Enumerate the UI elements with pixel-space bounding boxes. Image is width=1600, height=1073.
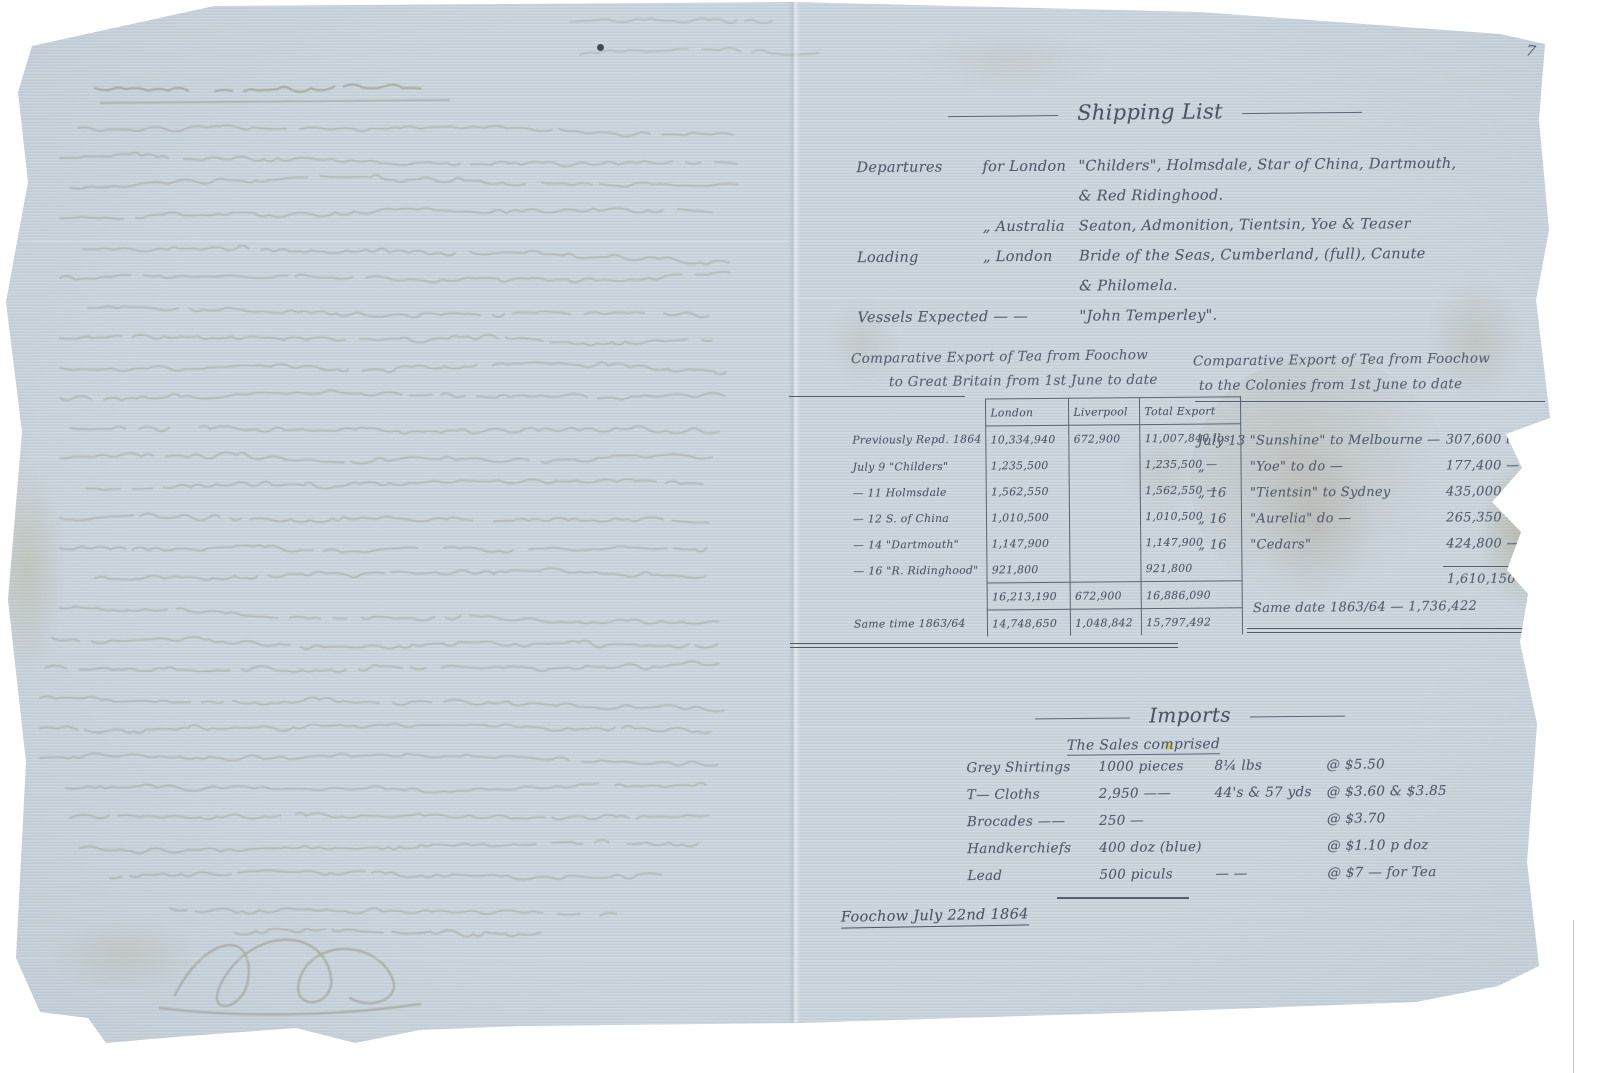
vessel-line: & Philomela. — [857, 276, 1457, 310]
list-item: „ 16"Aurelia" do —265,350 — — [1198, 510, 1526, 538]
page-title-row: Shipping List — [935, 98, 1375, 127]
destination: „ London — [983, 249, 1079, 266]
movement-label — [857, 231, 983, 232]
vessel-names: Seaton, Admonition, Tientsin, Yoe & Teas… — [1079, 216, 1411, 234]
heading-rule — [789, 396, 965, 397]
page-title: Shipping List — [1065, 99, 1235, 125]
import-item: Grey Shirtings — [966, 759, 1098, 776]
sum-rule — [1443, 566, 1555, 567]
destination: „ Australia — [983, 219, 1079, 236]
vessel-names: & Red Ridinghood. — [1079, 188, 1224, 205]
title-dash-right — [1242, 112, 1362, 114]
row-label: Same time 1863/64 — [850, 610, 988, 638]
col-london: London — [986, 398, 1069, 426]
colonies-prior-year: Same date 1863/64 — 1,736,422 — [1253, 599, 1477, 616]
liverpool-value — [1070, 529, 1141, 556]
quantity: 307,600 lbs — [1446, 432, 1526, 447]
import-quantity: 1000 pieces — [1098, 758, 1214, 775]
import-row: Lead500 piculs— —@ $7 — for Tea — [967, 864, 1447, 895]
import-item: Brocades —— — [967, 813, 1099, 830]
scan-artifact-line — [1573, 920, 1574, 1073]
import-quantity: 2,950 —— — [1099, 785, 1215, 802]
shipping-list-page: Shipping List Departuresfor London"Child… — [795, 0, 1565, 1073]
import-price: @ $3.60 & $3.85 — [1327, 783, 1447, 800]
liverpool-value — [1069, 451, 1140, 478]
vessel-destination: "Cedars" — [1250, 537, 1446, 553]
import-quantity: 400 doz (blue) — [1099, 839, 1215, 856]
liverpool-value — [1070, 555, 1141, 582]
destination — [983, 291, 1079, 292]
imports-title-row: Imports — [985, 701, 1395, 729]
import-row: T— Cloths2,950 ——44's & 57 yds@ $3.60 & … — [967, 783, 1447, 814]
gb-export-heading-2: to Great Britain from 1st June to date — [889, 372, 1158, 390]
row-label: — 11 Holmsdale — [849, 479, 987, 506]
row-label: July 9 "Childers" — [848, 453, 986, 480]
table-prior-year-row: Same time 1863/64 14,748,650 1,048,842 1… — [850, 608, 1243, 638]
bleedthrough-handwriting — [0, 0, 790, 1073]
table-row: — 12 S. of China 1,010,500 1,010,500 — [849, 502, 1242, 531]
destination: for London — [982, 159, 1078, 176]
movement-label — [857, 291, 983, 292]
liverpool-value: 672,900 — [1069, 425, 1140, 452]
imports-dash-right — [1250, 716, 1345, 718]
list-item: „"Yoe" to do —177,400 — — [1198, 458, 1526, 486]
title-dash-left — [948, 115, 1058, 117]
liverpool-value — [1070, 503, 1141, 530]
colonies-total: 1,610,150 — — [1447, 572, 1534, 587]
quantity: 435,000 — — [1446, 484, 1520, 499]
ink-fleck — [1532, 996, 1540, 1000]
london-value: 1,010,500 — [987, 504, 1070, 531]
import-row: Grey Shirtings1000 pieces8¼ lbs@ $5.50 — [966, 756, 1446, 787]
letter-sheet: 7 Shipping List Departuresfor London"Chi… — [0, 0, 1600, 1073]
vessel-destination: "Sunshine" to Melbourne — — [1250, 433, 1446, 449]
entry-date: „ 16 — [1198, 538, 1250, 553]
table-row: — 16 "R. Ridinghood" 921,800 921,800 — [849, 554, 1242, 584]
import-price: @ $1.10 p doz — [1327, 837, 1429, 854]
import-price: @ $7 — for Tea — [1327, 864, 1436, 881]
movement-label: Loading — [857, 249, 983, 266]
ink-spot — [597, 44, 604, 51]
import-price: @ $3.70 — [1327, 810, 1386, 827]
imports-rule — [1057, 897, 1189, 899]
entry-date: „ — [1198, 460, 1250, 475]
row-label: — 12 S. of China — [849, 505, 987, 532]
list-item: „ 16"Tientsin" to Sydney435,000 — — [1198, 484, 1526, 512]
col-liverpool: Liverpool — [1069, 398, 1140, 426]
movement-label: Vessels Expected — — — [857, 309, 983, 326]
colonies-export-heading-2: to the Colonies from 1st June to date — [1199, 376, 1463, 394]
import-item: Handkerchiefs — [967, 840, 1099, 857]
table-bottom-rule — [790, 643, 1178, 648]
import-spec: 8¼ lbs — [1214, 757, 1326, 774]
vessel-movements: Departuresfor London"Childers", Holmsdal… — [856, 156, 1457, 340]
entry-date: „ 16 — [1198, 486, 1250, 501]
import-price: @ $5.50 — [1326, 756, 1385, 773]
table-header-row: London Liverpool Total Export — [848, 397, 1241, 427]
list-item: July 13"Sunshine" to Melbourne —307,600 … — [1198, 432, 1526, 460]
imports-list: Grey Shirtings1000 pieces8¼ lbs@ $5.50 T… — [966, 756, 1447, 895]
import-spec: — — — [1215, 865, 1327, 882]
table-row: July 9 "Childers" 1,235,500 1,235,500 — — [848, 450, 1241, 479]
vessel-names: "John Temperley". — [1079, 308, 1217, 325]
row-label: Previously Repd. 1864 — [848, 426, 986, 454]
ink-fleck — [1514, 991, 1523, 997]
list-item: „ 16"Cedars"424,800 — — [1198, 536, 1526, 564]
entry-date: „ 16 — [1198, 512, 1250, 527]
heading-rule — [1195, 401, 1545, 402]
quantity: 177,400 — — [1446, 458, 1520, 473]
dateline: Foochow July 22nd 1864 — [841, 906, 1029, 928]
vessel-names: "Childers", Holmsdale, Star of China, Da… — [1078, 156, 1456, 175]
import-item: Lead — [967, 867, 1099, 884]
imports-heading: Imports — [1137, 703, 1243, 728]
tea-export-table: London Liverpool Total Export Previously… — [848, 396, 1243, 637]
liverpool-value — [1070, 477, 1141, 504]
london-prior: 14,748,650 — [988, 609, 1071, 636]
import-spec: 44's & 57 yds — [1215, 784, 1327, 801]
london-total: 16,213,190 — [987, 582, 1070, 610]
table-row: — 11 Holmsdale 1,562,550 1,562,550 — — [849, 476, 1242, 505]
quantity: 265,350 — — [1446, 510, 1520, 525]
import-quantity: 250 — — [1099, 812, 1215, 829]
row-label — [850, 583, 988, 611]
vessel-line: „ AustraliaSeaton, Admonition, Tientsin,… — [857, 216, 1457, 250]
table-row: — 14 "Dartmouth" 1,147,900 1,147,900 — [849, 528, 1242, 557]
gb-export-heading-1: Comparative Export of Tea from Foochow — [851, 347, 1148, 367]
horizontal-crease — [20, 241, 790, 244]
import-item: T— Cloths — [967, 786, 1099, 803]
colonies-export-heading-1: Comparative Export of Tea from Foochow — [1193, 350, 1490, 369]
destination — [983, 201, 1079, 202]
row-label: — 14 "Dartmouth" — [849, 531, 987, 558]
import-quantity: 500 piculs — [1099, 866, 1215, 883]
london-value: 1,147,900 — [987, 530, 1070, 557]
quantity: 424,800 — — [1446, 536, 1520, 551]
table-row: Previously Repd. 1864 10,334,940 672,900… — [848, 424, 1241, 454]
london-value: 10,334,940 — [986, 425, 1069, 452]
export-prior: 15,797,492 — [1142, 608, 1243, 635]
liverpool-total: 672,900 — [1070, 582, 1141, 610]
vessel-line: Departuresfor London"Childers", Holmsdal… — [856, 156, 1456, 190]
vessel-destination: "Yoe" to do — — [1250, 459, 1446, 475]
london-value: 921,800 — [987, 556, 1070, 583]
import-spec — [1215, 850, 1327, 851]
movement-label: Departures — [856, 159, 982, 176]
entry-date: July 13 — [1198, 434, 1250, 449]
horizontal-crease — [18, 958, 793, 961]
vessel-names: Bride of the Seas, Cumberland, (full), C… — [1079, 246, 1426, 264]
vessel-line: Loading„ LondonBride of the Seas, Cumber… — [857, 246, 1457, 280]
london-value: 1,235,500 — [986, 452, 1069, 479]
imports-subheading: The Sales comprised — [1067, 736, 1220, 756]
london-value: 1,562,550 — [987, 478, 1070, 505]
import-row: Brocades ——250 —@ $3.70 — [967, 810, 1447, 841]
vessel-destination: "Tientsin" to Sydney — [1250, 485, 1446, 501]
import-spec — [1215, 823, 1327, 824]
colonies-bottom-rule — [1247, 628, 1559, 633]
vessel-destination: "Aurelia" do — — [1250, 511, 1446, 527]
row-label: — 16 "R. Ridinghood" — [849, 557, 987, 585]
header-spacer — [848, 399, 986, 427]
vessel-line: & Red Ridinghood. — [857, 186, 1457, 220]
export-total: 16,886,090 — [1141, 581, 1242, 609]
imports-dash-left — [1036, 718, 1131, 720]
table-total-row: 16,213,190 672,900 16,886,090 — [850, 581, 1243, 611]
movement-label — [857, 201, 983, 202]
colonies-export-list: July 13"Sunshine" to Melbourne —307,600 … — [1198, 432, 1527, 564]
vessel-names: & Philomela. — [1079, 278, 1178, 295]
liverpool-prior: 1,048,842 — [1071, 609, 1142, 636]
import-row: Handkerchiefs400 doz (blue)@ $1.10 p doz — [967, 837, 1447, 868]
vessel-line: Vessels Expected — —"John Temperley". — [857, 306, 1457, 340]
